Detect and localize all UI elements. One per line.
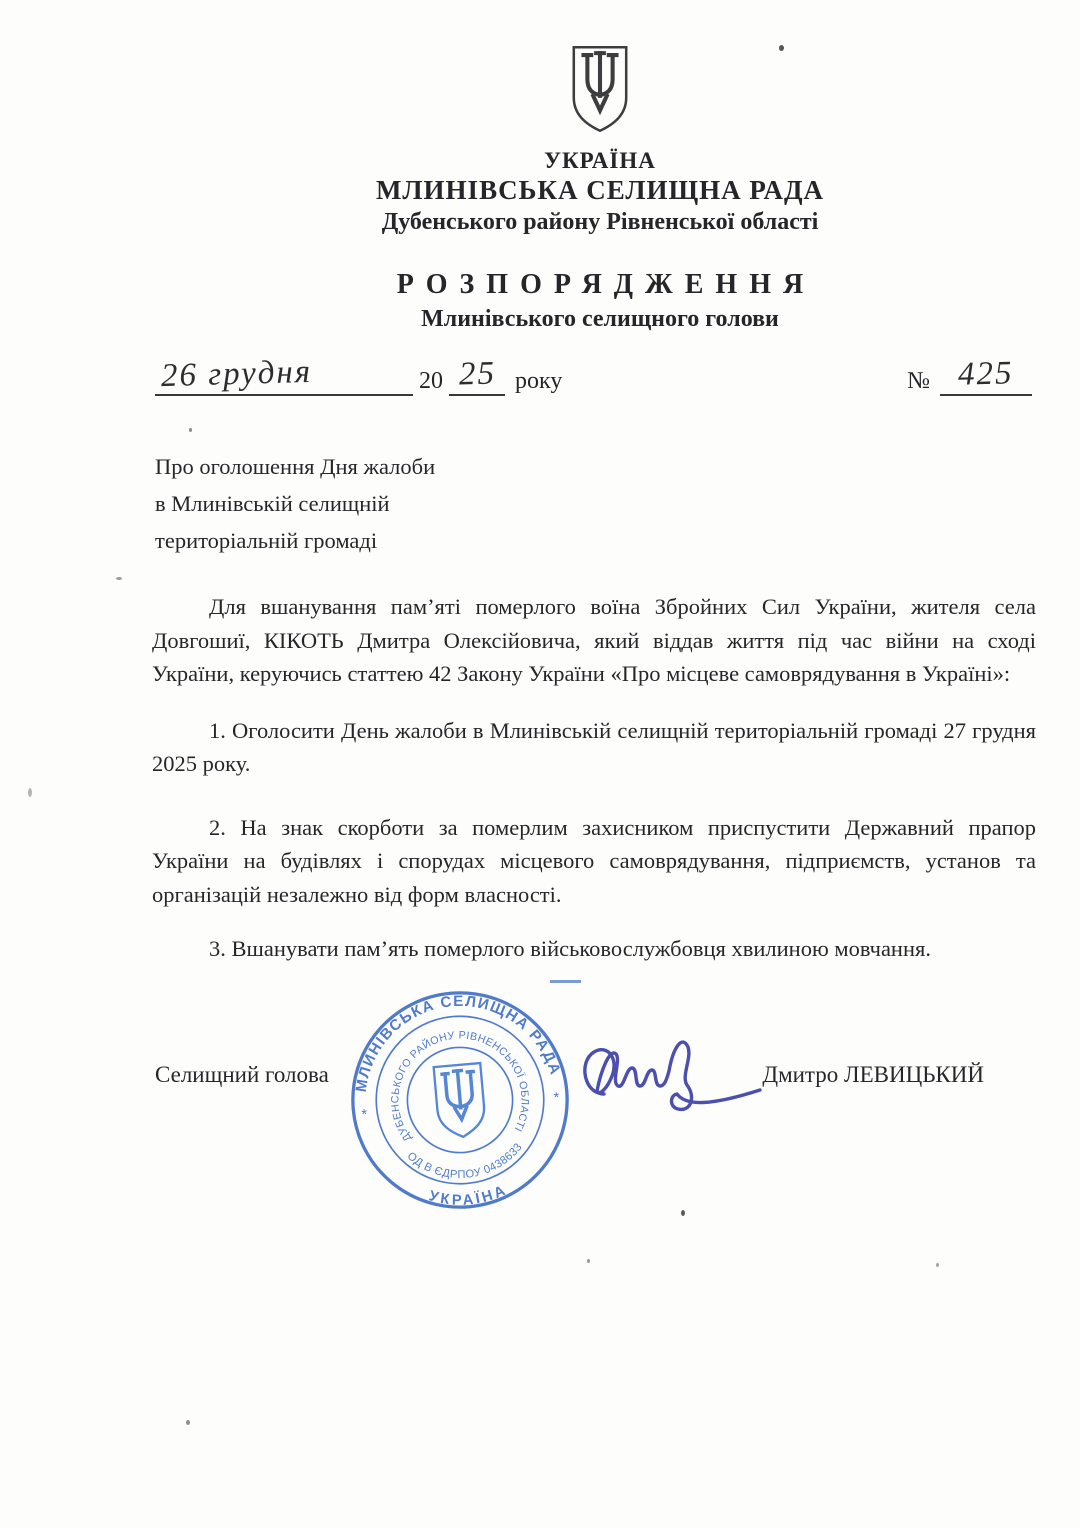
stamp-outer-bottom-text: УКРАЇНА	[426, 1181, 511, 1211]
scan-speck	[681, 1210, 685, 1216]
handwritten-date: 26 грудня	[161, 356, 313, 396]
subject-block: Про оголошення Дня жалоби в Млинівській …	[155, 448, 435, 559]
signer-name: Дмитро ЛЕВИЦЬКИЙ	[762, 1062, 984, 1088]
number-sign: №	[897, 368, 930, 396]
scan-speck	[186, 1420, 190, 1425]
document-type-title: РОЗПОРЯДЖЕННЯ	[160, 269, 1040, 301]
preamble-paragraph: Для вшанування пам’яті померлого воїна З…	[152, 590, 1036, 691]
official-round-stamp: МЛИНІВСЬКА СЕЛИЩНА РАДА УКРАЇНА *ДУБЕНСЬ…	[339, 979, 582, 1222]
decree-item: 2. На знак скорботи за померлим захисник…	[152, 811, 1036, 912]
ukraine-trident-icon	[567, 44, 633, 136]
scan-speck	[779, 45, 784, 51]
country-name: УКРАЇНА	[160, 148, 1040, 174]
decree-item: 1. Оголосити День жалоби в Млинівській с…	[152, 714, 1036, 781]
council-name: МЛИНІВСЬКА СЕЛИЩНА РАДА	[160, 175, 1040, 206]
document-subtitle: Млинівського селищного голови	[160, 306, 1040, 333]
date-number-row: 26 грудня 20 25 року № 425	[155, 358, 1032, 396]
handwritten-number: 425	[958, 357, 1014, 395]
district-line: Дубенського району Рівненської області	[160, 209, 1040, 236]
scan-speck	[189, 428, 192, 432]
signature-row: Селищний голова Дмитро ЛЕВИЦЬКИЙ	[155, 1062, 984, 1088]
document-body: Для вшанування пам’яті померлого воїна З…	[152, 590, 1036, 966]
year-underline: 25	[449, 358, 505, 396]
decree-item: 3. Вшанувати пам’ять померлого військово…	[152, 932, 1036, 966]
subject-line: Про оголошення Дня жалоби	[155, 448, 435, 485]
document-header: УКРАЇНА МЛИНІВСЬКА СЕЛИЩНА РАДА Дубенськ…	[160, 44, 1040, 333]
number-group: № 425	[897, 358, 1032, 396]
year-suffix: року	[505, 368, 562, 396]
scan-speck	[587, 1259, 590, 1263]
subject-line: територіальній громаді	[155, 522, 435, 559]
signer-position-title: Селищний голова	[155, 1062, 329, 1088]
subject-line: в Млинівській селищній	[155, 485, 435, 522]
handwritten-year: 25	[458, 357, 496, 394]
date-group: 26 грудня 20 25 року	[155, 358, 562, 396]
number-underline: 425	[940, 358, 1032, 396]
scanned-decree-document: УКРАЇНА МЛИНІВСЬКА СЕЛИЩНА РАДА Дубенськ…	[0, 0, 1080, 1528]
stamp-separator-asterisk: *	[361, 1107, 368, 1123]
year-prefix: 20	[419, 368, 443, 396]
scan-speck	[936, 1263, 939, 1267]
scan-speck	[28, 788, 32, 797]
scan-speck	[116, 577, 122, 580]
date-underline: 26 грудня	[155, 358, 413, 396]
